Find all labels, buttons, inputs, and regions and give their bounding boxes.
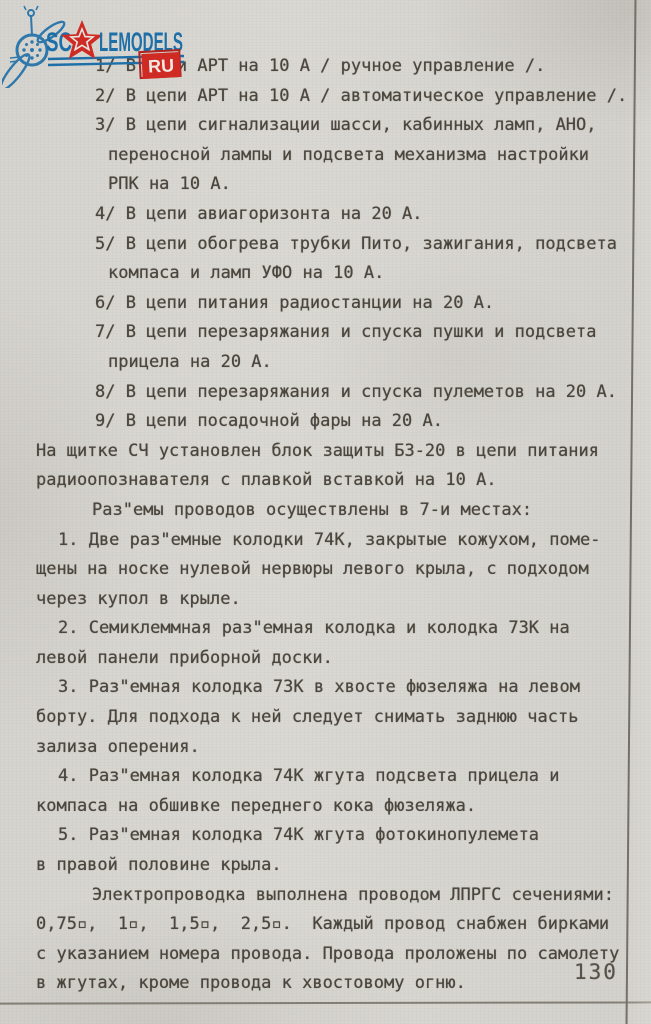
text-line: 9/ В цепи посадочной фары на 20 А. [95,407,651,437]
text-line: 4/ В цепи авиагоризонта на 20 А. [95,200,651,230]
text-line: щены на носке нулевой нервюры левого кры… [36,555,651,585]
text-line: РПК на 10 А. [108,170,651,200]
text-line: компаса на обшивке переднего кока фюзеля… [36,792,651,822]
page-number: 130 [574,960,618,984]
scalemodels-logo: SC LEMODELS RU [2,3,202,88]
text-line: 1. Две раз"емные колодки 74К, закрытые к… [58,526,651,556]
text-line: в правой половине крыла. [36,851,651,881]
text-line: с указанием номера провода. Провода прол… [36,940,651,970]
text-line: Электропроводка выполнена проводом ЛПРГС… [92,881,651,911]
text-line: 2. Семиклеммная раз"емная колодка и коло… [58,614,651,644]
text-line: зализа оперения. [36,733,651,763]
brand-text-sc: SC [46,27,72,57]
text-line: 3/ В цепи сигнализации шасси, кабинных л… [95,111,651,141]
scanned-page: 1/ В цепи АРТ на 10 А / ручное управлени… [0,0,651,1024]
text-line: борту. Для подхода к ней следует снимать… [36,703,651,733]
text-line: компаса и ламп УФО на 10 А. [108,259,651,289]
text-line: в жгутах, кроме провода к хвостовому огн… [36,969,651,999]
text-line: 6/ В цепи питания радиостанции на 20 А. [95,289,651,319]
text-line: На щитке СЧ установлен блок защиты БЗ-20… [36,437,651,467]
text-line: радиоопознавателя с плавкой вставкой на … [36,466,651,496]
document-lines: 1/ В цепи АРТ на 10 А / ручное управлени… [0,0,651,999]
ru-badge-label: RU [148,55,175,76]
text-line: 4. Раз"емная колодка 74К жгута подсвета … [58,762,651,792]
text-line: переносной лампы и подсвета механизма на… [108,141,651,171]
page-border-bottom [0,1001,651,1004]
text-line: 5. Раз"емная колодка 74К жгута фотокиноп… [58,821,651,851]
text-line: левой панели приборной доски. [36,644,651,674]
text-line: 7/ В цепи перезаряжания и спуска пушки и… [95,318,651,348]
text-line: 3. Раз"емная колодка 73К в хвосте фюзеля… [58,673,651,703]
text-line: 5/ В цепи обогрева трубки Пито, зажигани… [95,230,651,260]
text-line: 0,75▫, 1▫, 1,5▫, 2,5▫. Каждый провод сна… [36,910,651,940]
ru-badge: RU [139,50,180,79]
text-line: 8/ В цепи перезаряжания и спуска пулемет… [95,378,651,408]
text-line: через купол в крыле. [36,585,651,615]
text-line: Раз"емы проводов осуществлены в 7-и мест… [92,496,651,526]
text-line: прицела на 20 А. [108,348,651,378]
